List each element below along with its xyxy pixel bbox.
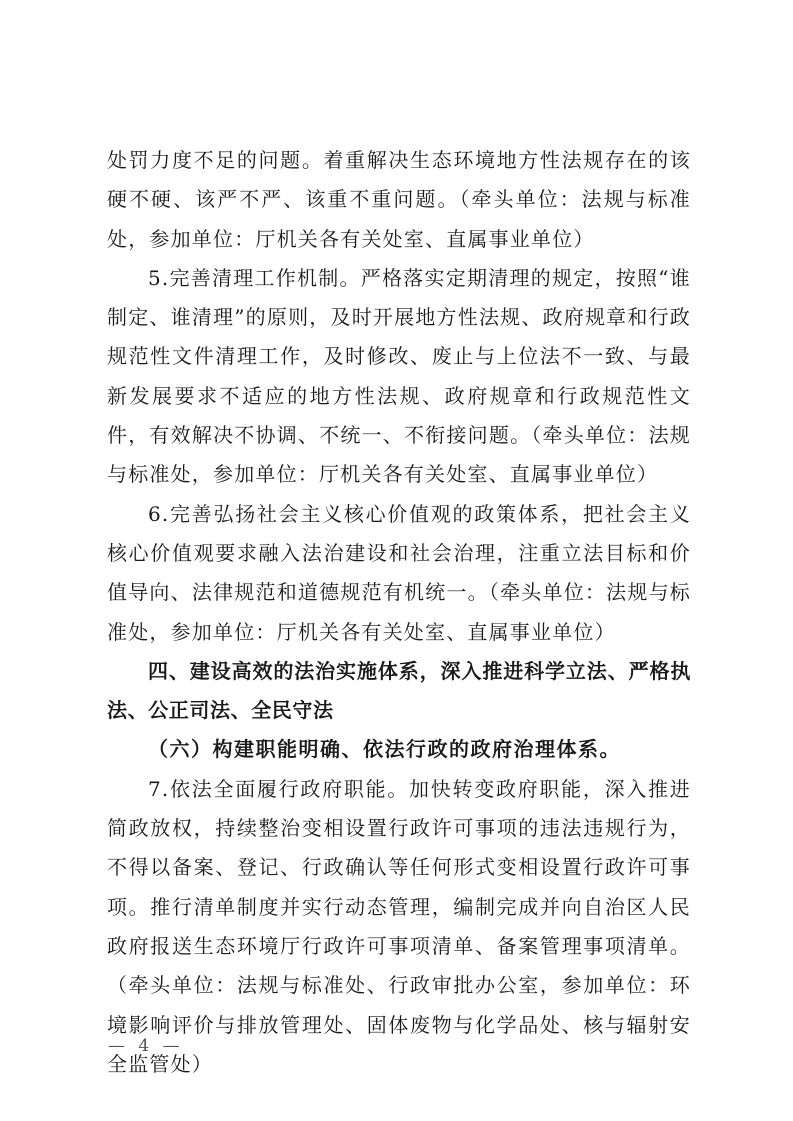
paragraph-continued-penalty: 处罚力度不足的问题。着重解决生态环境地方性法规存在的该硬不硬、该严不严、该重不重… xyxy=(107,141,691,259)
subsection-heading-6: （六）构建职能明确、依法行政的政府治理体系。 xyxy=(107,730,691,769)
paragraph-item-6-core-values: 6.完善弘扬社会主义核心价值观的政策体系，把社会主义核心价值观要求融入法治建设和… xyxy=(107,495,691,652)
page-number: — 4 — xyxy=(108,1036,184,1056)
document-page: 处罚力度不足的问题。着重解决生态环境地方性法规存在的该硬不硬、该严不严、该重不重… xyxy=(107,141,691,1084)
paragraph-item-7-government-functions: 7.依法全面履行政府职能。加快转变政府职能，深入推进简政放权，持续整治变相设置行… xyxy=(107,770,691,1084)
paragraph-item-5-cleanup-mechanism: 5.完善清理工作机制。严格落实定期清理的规定，按照“谁制定、谁清理”的原则，及时… xyxy=(107,259,691,495)
section-heading-4: 四、建设高效的法治实施体系，深入推进科学立法、严格执法、公正司法、全民守法 xyxy=(107,652,691,731)
